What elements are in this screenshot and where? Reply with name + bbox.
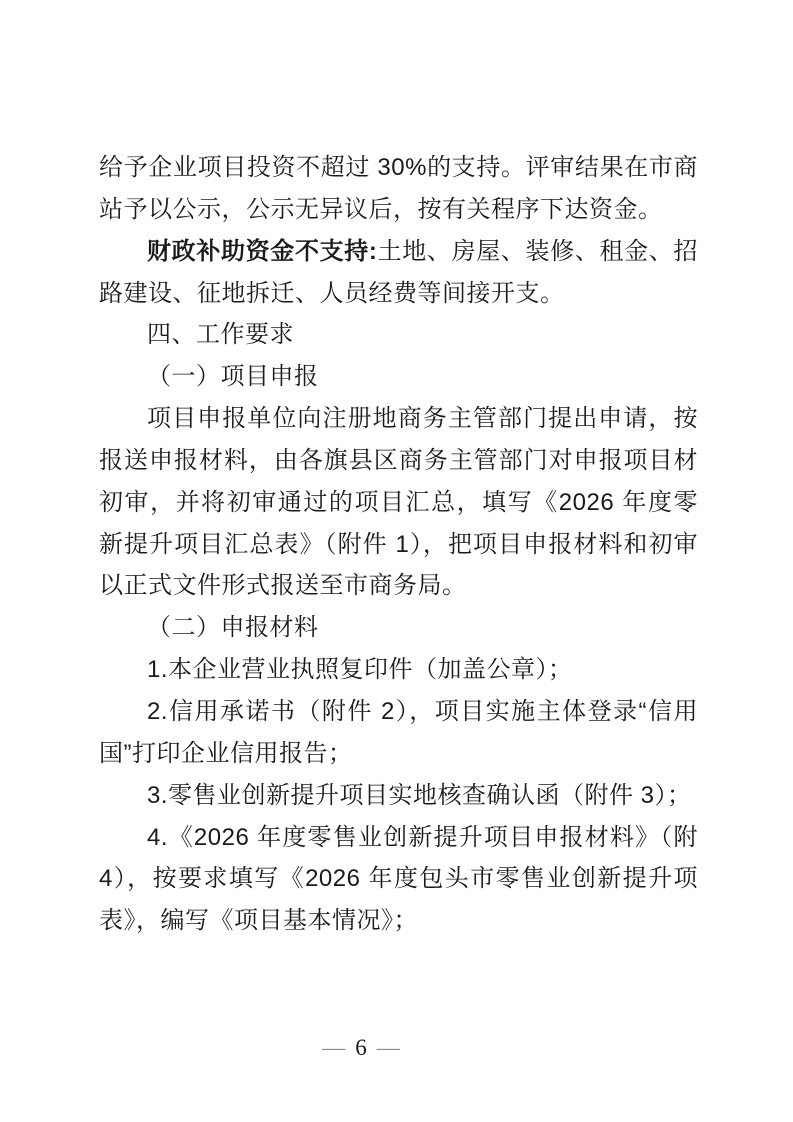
text-line: 4.《2026 年度零售业创新提升项目申报材料》（附件 (99, 817, 698, 859)
footer-dash-right: — (377, 1035, 400, 1060)
text-line: 3.零售业创新提升项目实地核查确认函（附件 3）； (99, 775, 698, 817)
text-run: 3.零售业创新提升项目实地核查确认函（附件 3）； (147, 782, 692, 809)
text-run: 项目申报单位向注册地商务主管部门提出申请，按照要求 (99, 405, 698, 440)
text-run: 路建设、征地拆迁、人员经费等间接开支。 (99, 280, 565, 307)
text-run: 1.本企业营业执照复印件（加盖公章）； (147, 656, 573, 683)
text-line: 路建设、征地拆迁、人员经费等间接开支。 (99, 273, 698, 315)
text-run: 四、工作要求 (147, 321, 294, 348)
body-text: 给予企业项目投资不超过 30%的支持。评审结果在市商务局网站予以公示，公示无异议… (99, 147, 698, 942)
text-run: 站予以公示，公示无异议后，按有关程序下达资金。 (99, 196, 663, 223)
text-run: 4），按要求填写《2026 年度包头市零售业创新提升项目申请 (99, 865, 698, 900)
text-run: 报送申报材料，由各旗县区商务主管部门对申报项目材料进行 (99, 447, 698, 482)
bold-text-run: 财政补助资金不支持: (147, 238, 377, 265)
text-line: 项目申报单位向注册地商务主管部门提出申请，按照要求 (99, 398, 698, 440)
page-number: 6 (355, 1035, 367, 1060)
text-run: 2.信用承诺书（附件 2），项目实施主体登录“信用中 (99, 698, 698, 733)
text-line: 四、工作要求 (99, 314, 698, 356)
text-run: 表》，编写《项目基本情况》； (99, 907, 418, 934)
text-line: 4），按要求填写《2026 年度包头市零售业创新提升项目申请 (99, 858, 698, 900)
text-run: （一）项目申报 (147, 363, 319, 390)
text-line: 站予以公示，公示无异议后，按有关程序下达资金。 (99, 189, 698, 231)
text-line: （一）项目申报 (99, 356, 698, 398)
text-line: 财政补助资金不支持:土地、房屋、装修、租金、招待、道 (99, 231, 698, 273)
document-page: 给予企业项目投资不超过 30%的支持。评审结果在市商务局网站予以公示，公示无异议… (0, 0, 793, 1122)
page-footer: —6— (0, 1035, 722, 1061)
text-line: 表》，编写《项目基本情况》； (99, 900, 698, 942)
text-line: 以正式文件形式报送至市商务局。 (99, 565, 698, 607)
text-run: 以正式文件形式报送至市商务局。 (99, 572, 467, 599)
footer-dash-left: — (322, 1035, 345, 1060)
text-run: 国”打印企业信用报告； (99, 740, 353, 767)
text-line: 给予企业项目投资不超过 30%的支持。评审结果在市商务局网 (99, 147, 698, 189)
text-line: 初审，并将初审通过的项目汇总，填写《2026 年度零售业创 (99, 482, 698, 524)
text-run: 4.《2026 年度零售业创新提升项目申报材料》（附件 (99, 824, 698, 859)
text-line: 报送申报材料，由各旗县区商务主管部门对申报项目材料进行 (99, 440, 698, 482)
text-run: （二）申报材料 (147, 614, 319, 641)
text-run: 初审，并将初审通过的项目汇总，填写《2026 年度零售业创 (99, 489, 698, 524)
text-line: 2.信用承诺书（附件 2），项目实施主体登录“信用中 (99, 691, 698, 733)
text-line: （二）申报材料 (99, 607, 698, 649)
text-line: 新提升项目汇总表》（附件 1），把项目申报材料和初审意见 (99, 524, 698, 566)
text-line: 1.本企业营业执照复印件（加盖公章）； (99, 649, 698, 691)
text-run: 给予企业项目投资不超过 30%的支持。评审结果在市商务局网 (99, 154, 698, 189)
text-run: 新提升项目汇总表》（附件 1），把项目申报材料和初审意见 (99, 531, 698, 566)
text-line: 国”打印企业信用报告； (99, 733, 698, 775)
